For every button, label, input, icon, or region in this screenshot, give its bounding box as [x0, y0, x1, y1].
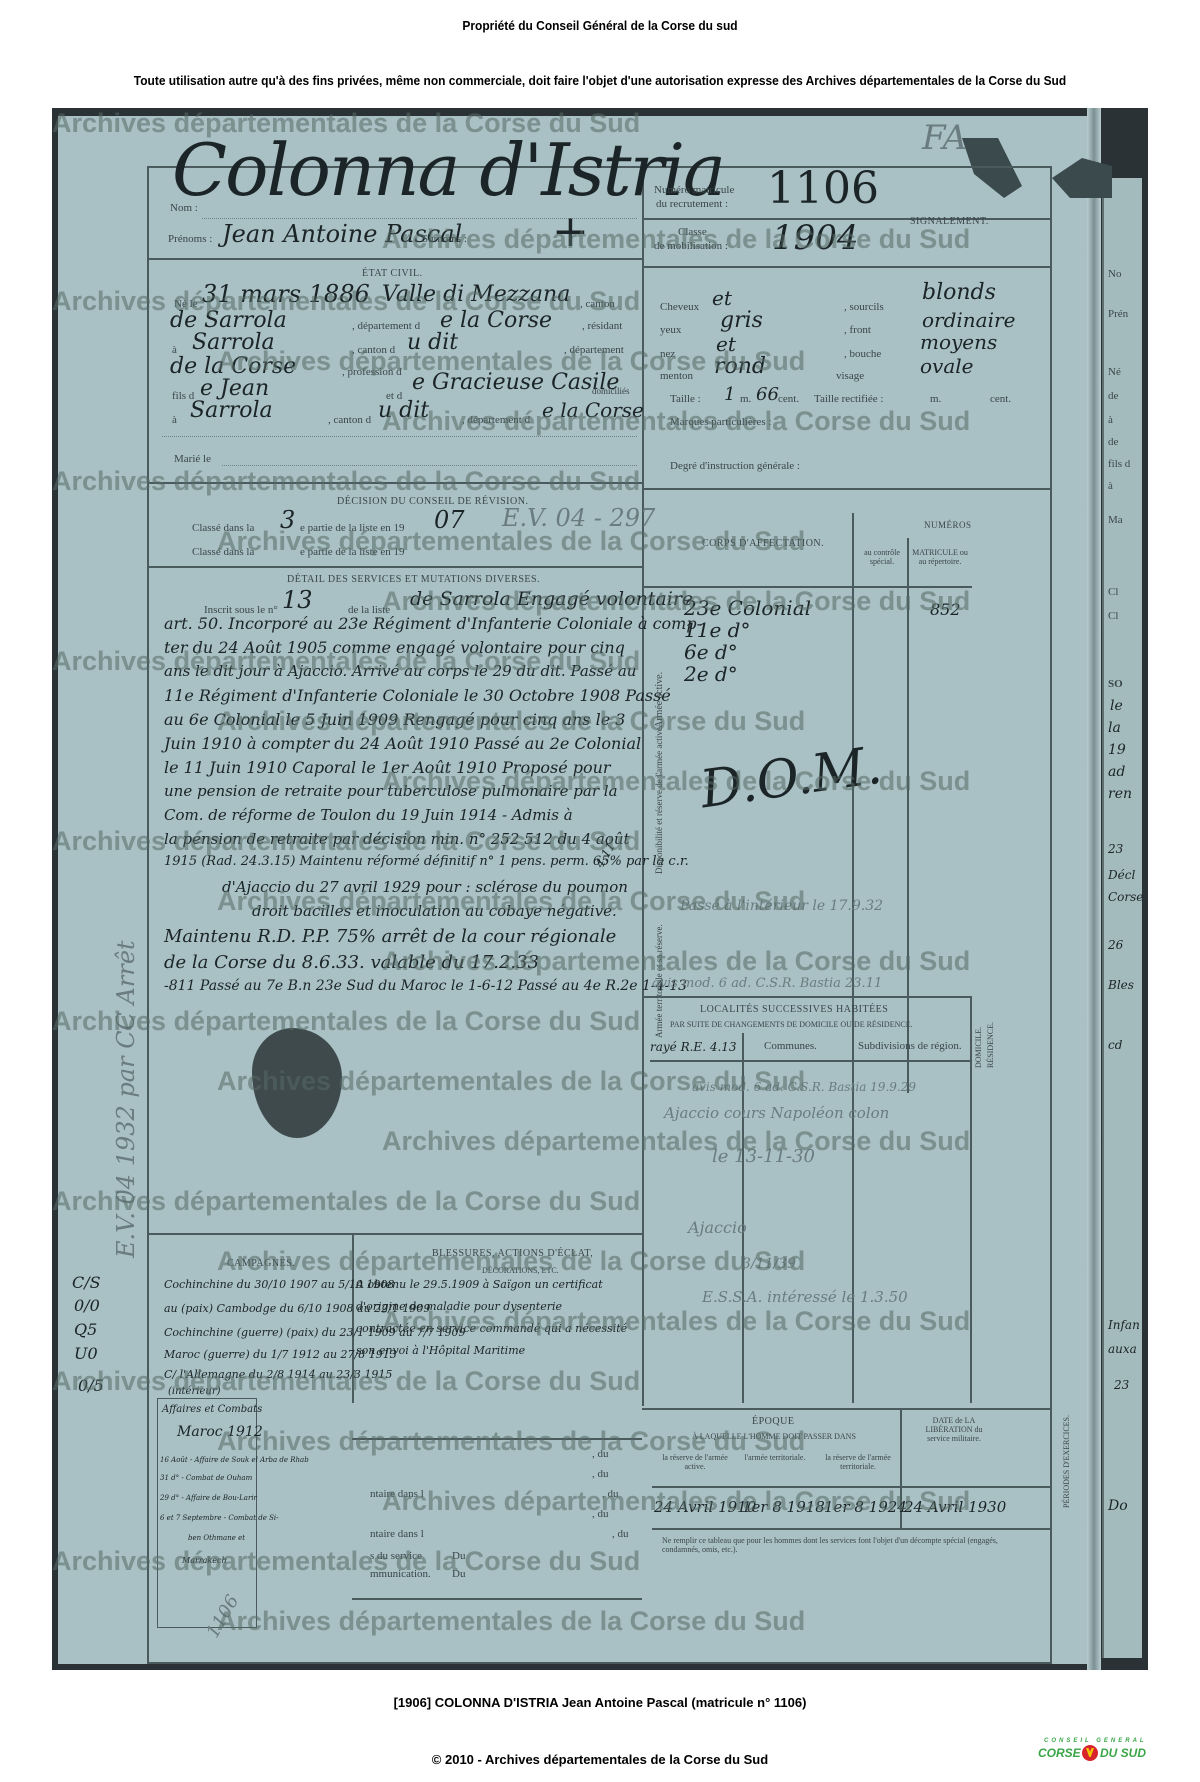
conseil-revision-title: DÉCISION DU CONSEIL DE RÉVISION. [337, 496, 528, 507]
epoque-footnote: Ne remplir ce tableau que pour les homme… [662, 1536, 1032, 1554]
logo-right-text: DU SUD [1100, 1746, 1146, 1760]
residence-value: Sarrola [192, 330, 275, 355]
service-line: Juin 1910 à compter du 24 Août 1910 Pass… [164, 734, 641, 753]
next-page-edge: No Prén Né de à de fils d à Ma Cl Cl SO … [1102, 178, 1142, 1658]
signalement-title: SIGNALEMENT. [910, 216, 989, 227]
surnoms-label: Surnoms : [422, 233, 467, 245]
localites-title: LOCALITÉS SUCCESSIVES HABITÉES [700, 1004, 888, 1015]
section-divider [149, 1233, 642, 1235]
a-label-2: à [172, 414, 177, 426]
date-reserve-territoriale: 1er 8 1924 [824, 1498, 907, 1516]
affaire-line: Marrakech [182, 1556, 227, 1565]
taille-rectifiee-label: Taille rectifiée : [814, 393, 883, 405]
corps-cell: 11e d° [684, 618, 750, 642]
bottom-note: avis mod. 6 ad. C.S.R. Bastia 23.11 [652, 976, 882, 991]
classe-value: 1904 [772, 218, 859, 258]
front-label: , front [844, 324, 871, 336]
conseil-general-logo: CONSEIL GENERAL CORSE DU SUD [1038, 1738, 1150, 1764]
next-page-label: Cl [1108, 586, 1118, 598]
matricule-label-1: Numéro matricule [654, 184, 734, 196]
corps-cell: 2e d° [684, 662, 738, 686]
next-page-text: 26 [1108, 938, 1123, 952]
du-label: Du [452, 1550, 465, 1562]
campagnes-title: CAMPAGNES. [227, 1258, 295, 1269]
record-caption: [1906] COLONNA D'ISTRIA Jean Antoine Pas… [0, 1695, 1200, 1710]
blessure-line: d'origine de maladie pour dysenterie [356, 1300, 562, 1313]
cheveux-label: Cheveux [660, 301, 699, 313]
col-controle: au contrôle spécial. [858, 548, 906, 566]
service-line: Com. de réforme de Toulon du 19 Juin 191… [164, 806, 573, 824]
margin-note: E.V. 04 1932 par CC Arrêt [112, 940, 140, 1258]
section-divider [642, 266, 1052, 268]
section-divider [642, 996, 972, 998]
next-page-text: auxa [1108, 1342, 1137, 1356]
cent-label-2: cent. [990, 393, 1011, 405]
next-page-label: Cl [1108, 610, 1118, 622]
next-page-text: Infan [1108, 1318, 1140, 1332]
yeux-value: gris [720, 308, 763, 333]
matricule-number: 1106 [767, 163, 879, 214]
blessure-line: son envoi à l'Hôpital Maritime [356, 1344, 525, 1357]
service-line: une pension de retraite pour tuberculose… [164, 782, 618, 800]
etat-civil-title: ÉTAT CIVIL. [362, 268, 423, 279]
visage-label: visage [836, 370, 864, 382]
rule [162, 436, 637, 437]
service-line: ter du 24 Août 1905 comme engagé volonta… [164, 638, 625, 657]
canton3-label: , canton d [328, 414, 371, 426]
departement3-label: , département d [462, 414, 530, 426]
date-reserve: 24 Avril 1910 [654, 1498, 756, 1516]
blessure-line: contractée en service commandé qui a néc… [356, 1322, 627, 1335]
campaign-code: Q5 [74, 1320, 97, 1339]
col-subdivisions: Subdivisions de région. [858, 1040, 962, 1052]
prenoms-label: Prénoms : [168, 233, 212, 245]
next-page-text: le [1110, 698, 1123, 714]
campaign-code: C/S [72, 1273, 101, 1292]
bouche-label: , bouche [844, 348, 881, 360]
classe-label-1: Classe [678, 226, 707, 238]
col-reserve: la réserve de l'armée active. [660, 1453, 730, 1471]
next-page-text: Décl [1108, 868, 1135, 882]
parents-place: Sarrola [190, 398, 273, 423]
service-line: -811 Passé au 7e B.n 23e Sud du Maroc le… [164, 978, 687, 994]
next-page-label: No [1108, 268, 1121, 280]
affaires-subtitle: Maroc 1912 [177, 1424, 263, 1440]
canton2-label: , canton d [352, 344, 395, 356]
classe2-label: Classé dans la [192, 546, 254, 558]
next-page-text: Corse [1108, 890, 1143, 904]
service-line: art. 50. Incorporé au 23e Régiment d'Inf… [164, 614, 702, 633]
degre-label: Degré d'instruction générale : [670, 460, 800, 472]
next-page-label: à [1108, 414, 1113, 426]
next-page-label: Ma [1108, 514, 1123, 526]
faint-note: Passé à l'intérieur le 17.9.32 [680, 898, 883, 914]
revision-annotation: E.V. 04 - 297 [502, 504, 655, 532]
section-divider [642, 1408, 1052, 1410]
sourcils-value: blonds [922, 280, 996, 305]
profession-label: , profession d [342, 366, 402, 378]
col-communes: Communes. [764, 1040, 817, 1052]
usage-notice: Toute utilisation autre qu'à des fins pr… [48, 73, 1152, 88]
service-line: de Sarrola Engagé volontaire [410, 588, 693, 610]
affaire-line: 31 d° - Combat de Ouham [160, 1474, 252, 1482]
service-line: 11e Régiment d'Infanterie Coloniale le 3… [164, 686, 671, 705]
next-page-text: ad [1108, 764, 1125, 780]
localite-entry: Ajaccio cours Napoléon colon [664, 1104, 889, 1122]
classe1-suffix: e partie de la liste en 19 [300, 522, 404, 534]
sourcils-label: , sourcils [844, 301, 884, 313]
next-page-text: Do [1108, 1498, 1128, 1514]
inscrit-number: 13 [282, 586, 313, 614]
next-page-text: 23 [1114, 1378, 1129, 1392]
logo-left-text: CORSE [1038, 1746, 1081, 1760]
menton-value: rond [714, 354, 766, 379]
corps-cell: 23e Colonial [684, 596, 811, 620]
next-page-text: 19 [1108, 742, 1126, 758]
birth-date: 31 mars 1886 [202, 280, 370, 308]
m-label-2: m. [930, 393, 941, 405]
next-page-text: Bles [1108, 978, 1134, 992]
visage-value: ovale [920, 354, 974, 378]
top-annotation: FA [922, 118, 967, 158]
mother-name: e Gracieuse Casile [412, 370, 619, 395]
rule [222, 465, 637, 466]
m-label: m. [740, 393, 751, 405]
campaign-code: 0/0 [74, 1296, 100, 1315]
localite-entry: Ajaccio [688, 1218, 747, 1237]
affaire-line: 29 d° - Affaire de Bou-Larir [160, 1494, 257, 1502]
localite-entry: avis mod. 6 ad. C.S.R. Bastia 19.9.29 [692, 1080, 916, 1094]
liberation-title: DATE de LA LIBÉRATION du service militai… [914, 1416, 994, 1443]
marie-label: Marié le [174, 453, 211, 465]
service-line: ans le dit jour à Ajaccio. Arrivé au cor… [164, 662, 636, 680]
next-page-label: fils d [1108, 458, 1130, 470]
property-notice: Propriété du Conseil Général de la Corse… [48, 18, 1152, 33]
affaire-line: 16 Août - Affaire de Souk el Arba de Rha… [160, 1456, 309, 1464]
localite-entry: le 13-11-30 [712, 1146, 815, 1167]
marques-label: Marques particulières : [670, 416, 771, 428]
section-disponibilite-label: Disponibilité et réserve de l'armée acti… [654, 725, 664, 874]
service-line: au 6e Colonial le 5 Juin 1909 Rengagé po… [164, 710, 625, 729]
next-page-label: de [1108, 436, 1118, 448]
localite-entry: E.S.S.A. intéressé le 1.3.50 [702, 1288, 908, 1306]
next-page-label: Prén [1108, 308, 1128, 320]
affaires-title: Affaires et Combats [162, 1404, 262, 1415]
section-active-label: Armée active. [654, 672, 665, 728]
service-line: d'Ajaccio du 27 avril 1929 pour : scléro… [222, 878, 628, 896]
taille-label: Taille : [670, 393, 701, 405]
canton-label: , canton [580, 298, 615, 310]
header-rule [652, 1486, 1052, 1488]
yeux-label: yeux [660, 324, 681, 336]
departement2-label: , département [564, 344, 624, 356]
periodes-label: PÉRIODES D'EXERCICES. [1062, 1415, 1071, 1508]
classe1-year: 07 [434, 506, 465, 534]
epoque-title: ÉPOQUE [752, 1416, 794, 1427]
service-line: droit bacilles et inoculation au cobaye … [252, 902, 617, 920]
cross-mark: + [552, 206, 589, 257]
affaire-line: 6 et 7 Septembre - Combat de Si- [160, 1514, 278, 1522]
canton3-value: u dit [378, 398, 429, 423]
du-label: , du [602, 1488, 619, 1500]
column-divider [642, 166, 644, 1406]
bouche-value: moyens [920, 330, 997, 354]
services-title: DÉTAIL DES SERVICES ET MUTATIONS DIVERSE… [287, 574, 540, 585]
date-liberation: 24 Avril 1930 [904, 1498, 1006, 1516]
du-label: , du [592, 1448, 609, 1460]
front-value: ordinaire [922, 308, 1015, 332]
next-page-label: de [1108, 390, 1118, 402]
row-label: ntaire dans l [370, 1528, 424, 1540]
side-note: rayé R.E. 4.13 [650, 1040, 737, 1054]
service-line: de la Corse du 8.6.33. valable du 17.2.3… [164, 952, 539, 973]
next-page-label: SO [1108, 678, 1123, 690]
service-line: la pension de retraite par décision min.… [164, 830, 630, 848]
blessure-line: A obtenu le 29.5.1909 à Saïgon un certif… [356, 1278, 603, 1291]
campaign-code: U0 [74, 1344, 98, 1363]
col-residence: RÉSIDENCE. [986, 1022, 995, 1068]
row-label: ntaire dans l [370, 1488, 424, 1500]
blessures-subtitle: DÉCORATIONS, ETC. [482, 1266, 559, 1275]
scanned-register-page: No Prén Né de à de fils d à Ma Cl Cl SO … [52, 108, 1148, 1670]
column-divider [970, 998, 972, 1403]
col-territoriale: l'armée territoriale. [740, 1453, 810, 1462]
classe-label-2: de mobilisation : [654, 240, 728, 252]
column-divider [907, 538, 909, 1093]
du-label: , du [612, 1528, 629, 1540]
localites-subtitle: PAR SUITE DE CHANGEMENTS DE DOMICILE OU … [670, 1020, 913, 1029]
service-line: Maintenu R.D. P.P. 75% arrêt de la cour … [164, 926, 616, 947]
corps-affectation-title: CORPS D'AFFECTATION. [702, 538, 824, 549]
localite-entry: 3/11/39 [742, 1256, 796, 1272]
nez-label: nez [660, 348, 675, 360]
du-label: , du [592, 1468, 609, 1480]
logo-top-text: CONSEIL GENERAL [1044, 1738, 1147, 1744]
residant-label: , résidant [582, 320, 622, 332]
next-page-text: ren [1108, 786, 1132, 802]
col-matricule: MATRICULE ou au répertoire. [910, 548, 970, 566]
section-divider [149, 482, 642, 484]
section-divider [149, 258, 642, 260]
section-divider [352, 1598, 642, 1600]
cheveux-value: et [712, 286, 732, 310]
header-rule [650, 1060, 970, 1062]
section-divider [652, 1528, 1052, 1530]
next-page-text: cd [1108, 1038, 1122, 1052]
du-label: , du [592, 1508, 609, 1520]
departement3-value: e la Corse [542, 398, 644, 422]
domicilies-label: domiciliés [592, 386, 630, 396]
classe1-label: Classé dans la [192, 522, 254, 534]
campaign-line: (intérieur) [168, 1386, 221, 1397]
next-page-label: Né [1108, 366, 1121, 378]
numeros-title: NUMÉROS [924, 520, 972, 530]
du-label: Du [452, 1568, 465, 1580]
next-page-text: la [1108, 720, 1121, 736]
menton-label: menton [660, 370, 693, 382]
col-reserve-territoriale: la réserve de l'armée territoriale. [818, 1453, 898, 1471]
matricule-label-2: du recrutement : [656, 198, 728, 210]
blessures-title: BLESSURES, ACTIONS D'ÉCLAT, [432, 1248, 593, 1259]
cent-label: cent. [778, 393, 799, 405]
surname: Colonna d'Istria [172, 128, 724, 212]
affaire-line: ben Othmane et [188, 1534, 245, 1542]
section-divider [149, 566, 642, 568]
col-domicile: DOMICILE. [974, 1027, 983, 1068]
taille-cm: 66 [756, 384, 779, 405]
date-territoriale: 1er 8 1918 [742, 1498, 825, 1516]
book-spine [1087, 108, 1101, 1670]
section-divider [642, 586, 972, 588]
campaign-code: 0/5 [78, 1376, 104, 1395]
section-divider [642, 488, 1052, 490]
copyright-notice: © 2010 - Archives départementales de la … [0, 1752, 1200, 1767]
matricule-cell: 852 [930, 600, 961, 619]
row-label: s du service [370, 1550, 422, 1562]
classe2-suffix: e partie de la liste en 19 [300, 546, 404, 558]
next-page-text: 23 [1108, 842, 1123, 856]
corps-cell: 6e d° [684, 640, 738, 664]
row-label: mmunication. [370, 1568, 431, 1580]
nez-value: et [716, 332, 736, 356]
taille-meters: 1 [724, 384, 735, 405]
classe1-part: 3 [280, 506, 295, 534]
canton2-value: u dit [407, 330, 458, 355]
birth-place: Valle di Mezzana [382, 282, 570, 307]
campaign-line: C/ l'Allemagne du 2/8 1914 au 23/3 1915 [164, 1368, 392, 1381]
next-page-label: à [1108, 480, 1113, 492]
section-divider [352, 1438, 642, 1440]
nom-label: Nom : [170, 202, 198, 214]
service-line: le 11 Juin 1910 Caporal le 1er Août 1910… [164, 758, 611, 777]
epoque-subtitle: À LAQUELLE L'HOMME DOIT PASSER DANS [692, 1432, 856, 1441]
corse-emblem-icon [1082, 1745, 1098, 1761]
